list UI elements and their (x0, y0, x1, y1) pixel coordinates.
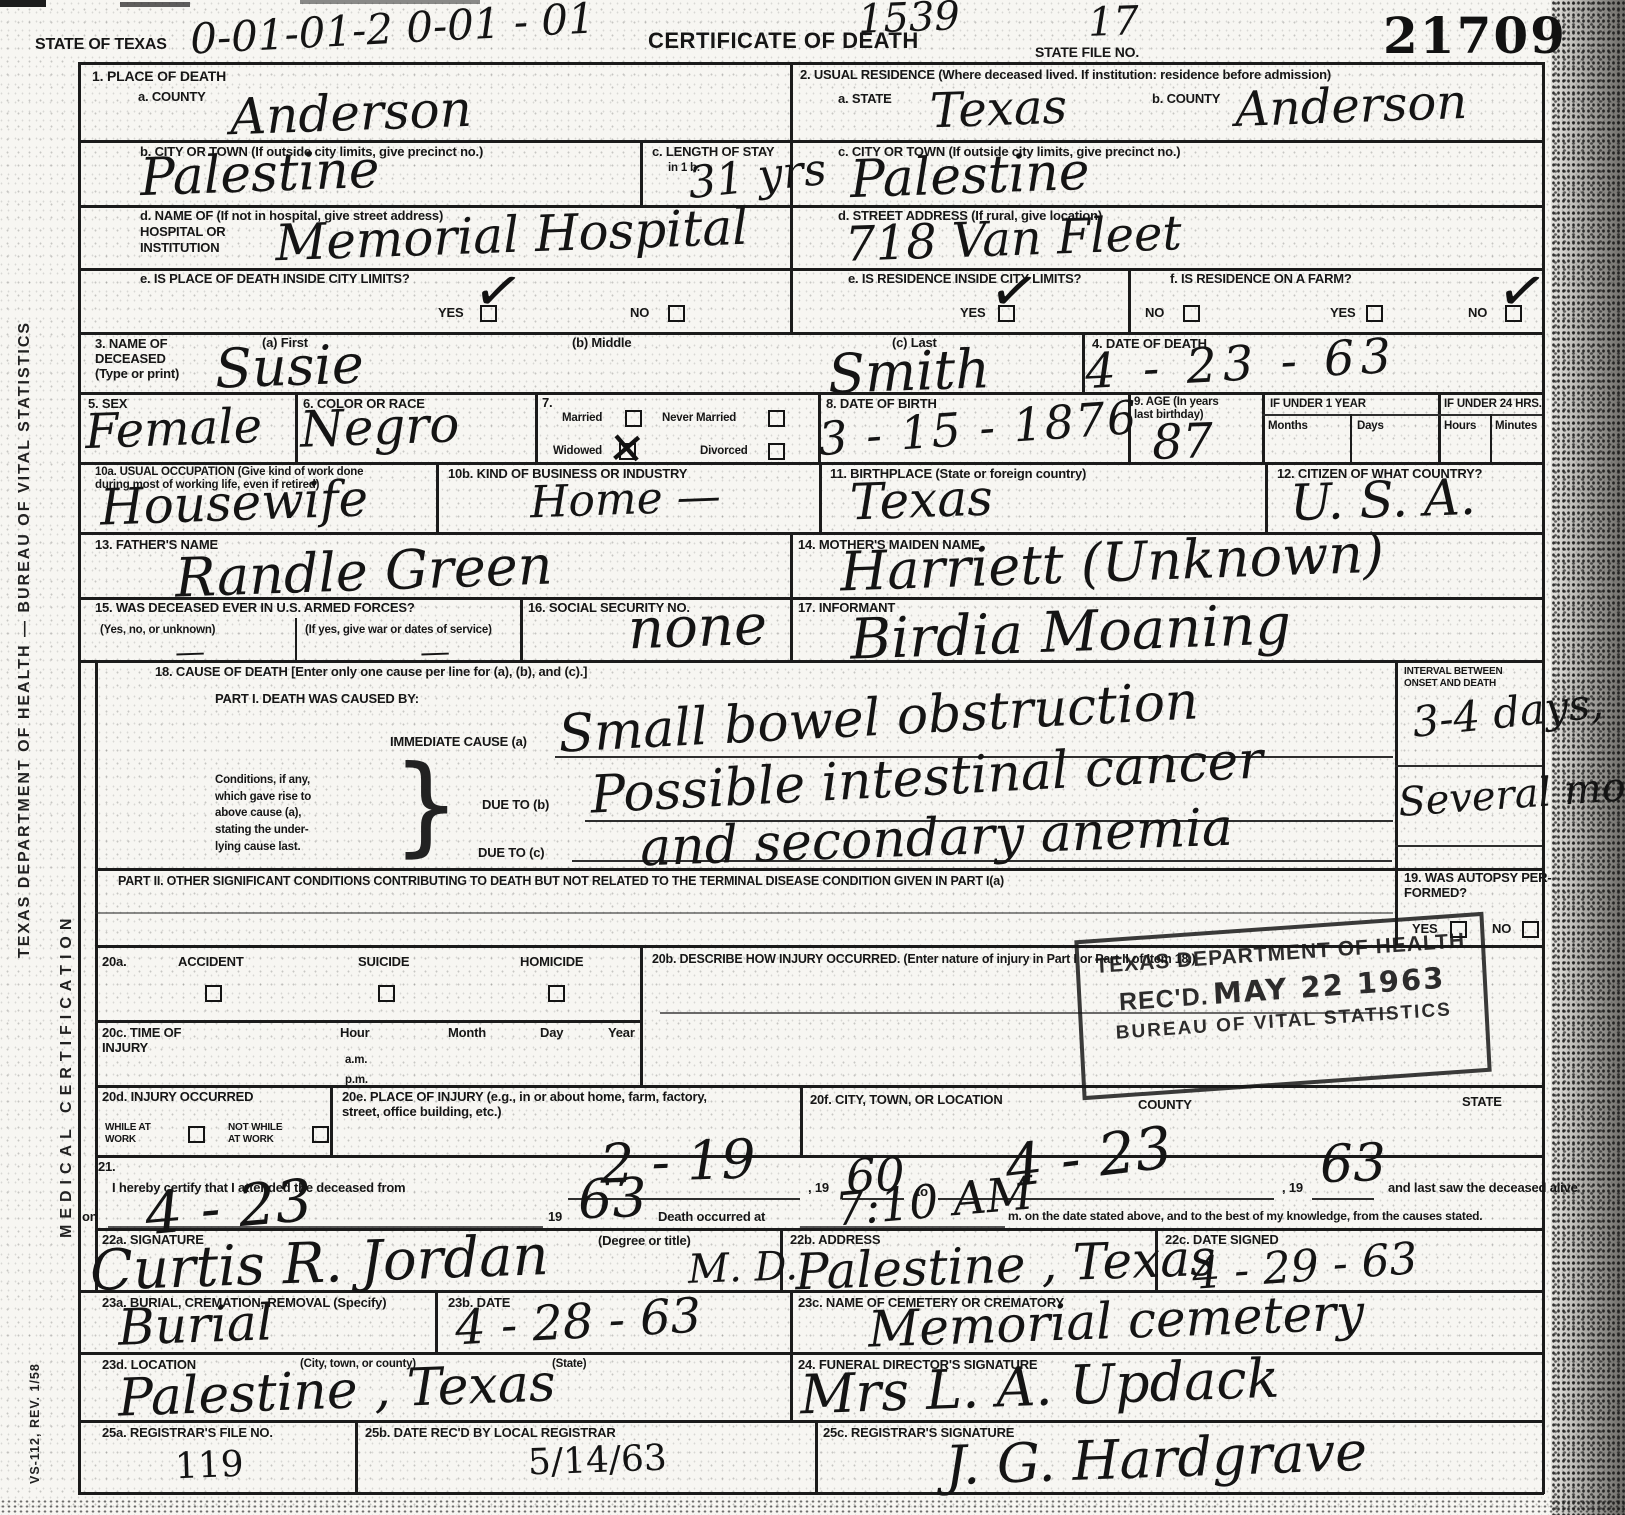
margin-medical-certification-text: MEDICAL CERTIFICATION (58, 913, 76, 1238)
grid-line (790, 1352, 793, 1420)
certify-text-2: and last saw the deceased alive (1388, 1181, 1578, 1196)
date-recd-value: 5/14/63 (527, 1441, 667, 1482)
age-value: 87 (1151, 417, 1214, 467)
cause-of-death-header: 18. CAUSE OF DEATH [Enter only one cause… (155, 665, 587, 680)
grid-line (1395, 765, 1542, 767)
injury-county-label: COUNTY (1138, 1098, 1192, 1113)
margin-agency-text: TEXAS DEPARTMENT OF HEALTH — BUREAU OF V… (16, 321, 34, 958)
grid-line (95, 660, 98, 1290)
residence-inside-limits-label: e. IS RESIDENCE INSIDE CITY LIMITS? (848, 272, 1081, 287)
months-label: Months (1268, 420, 1308, 433)
grid-line (790, 1290, 793, 1352)
funeral-director-signature: Mrs L. A. Updack (799, 1352, 1280, 1423)
place-county-value: Anderson (229, 84, 472, 142)
item-20a-label: 20a. (102, 955, 127, 970)
scan-edge-right (1551, 0, 1625, 1515)
interval-a-value: 3-4 days, (1410, 682, 1605, 744)
registrar-signature-value: J. G. Hardgrave (944, 1425, 1368, 1494)
grid-line (790, 597, 793, 660)
received-stamp: TEXAS DEPARTMENT OF HEALTH REC'D. MAY 22… (1074, 912, 1491, 1100)
grid-line (1265, 462, 1268, 532)
place-city-value: Palestine (139, 144, 380, 204)
marital-status-label: 7. (542, 396, 552, 411)
year-label: Year (608, 1026, 635, 1041)
residence-on-farm-label: f. IS RESIDENCE ON A FARM? (1170, 272, 1352, 287)
grid-line (815, 1420, 818, 1492)
grid-line (78, 1352, 1542, 1355)
if-under-24-hrs-label: IF UNDER 24 HRS. (1444, 398, 1542, 411)
race-value: Negro (299, 399, 460, 455)
mothers-maiden-name-value: Harriett (Unknown) (839, 527, 1385, 600)
scan-edge-bottom (0, 1499, 1625, 1515)
grid-line (78, 62, 81, 1494)
grid-line (330, 1085, 333, 1155)
grid-line (78, 1492, 1544, 1495)
check-mark: ✓ (985, 258, 1043, 324)
accident-label: ACCIDENT (178, 955, 244, 970)
grid-line (355, 1420, 358, 1492)
never-married-label: Never Married (662, 412, 736, 425)
no-label: NO (1492, 922, 1511, 937)
death-occurred-at-label: Death occurred at (658, 1210, 765, 1225)
no-label: NO (1468, 306, 1487, 321)
accident-checkbox (205, 985, 222, 1002)
grid-line (95, 1020, 640, 1023)
grid-line (535, 392, 538, 462)
certificate-number: 21709 (1383, 6, 1567, 65)
residence-county-label: b. COUNTY (1152, 92, 1220, 107)
autopsy-label: 19. WAS AUTOPSY PER- FORMED? (1404, 871, 1551, 901)
residence-city-value: Palestine (849, 146, 1090, 206)
name-of-deceased-label: 3. NAME OF DECEASED (Type or print) (95, 337, 179, 382)
place-limits-no-checkbox (668, 305, 685, 322)
handwritten-district-code: 0-01-01-2 0-01 - 01 (189, 0, 596, 61)
suicide-checkbox (378, 985, 395, 1002)
grid-line (78, 660, 1542, 663)
address-value: Palestine , Texas (794, 1233, 1216, 1298)
handwritten-1539: 1539 (857, 0, 960, 40)
grid-line (1395, 845, 1542, 847)
scan-scuff (0, 0, 46, 7)
injury-state-label: STATE (1462, 1095, 1502, 1110)
hour-label: Hour (340, 1026, 370, 1041)
no-label: NO (630, 306, 649, 321)
business-value: Home — (529, 475, 721, 526)
grid-line (1490, 414, 1492, 462)
am-label: a.m. (345, 1054, 367, 1067)
farm-yes-checkbox (1366, 305, 1383, 322)
burial-location-value: Palestine , Texas (117, 1357, 556, 1424)
if-under-1-year-label: IF UNDER 1 YEAR (1270, 398, 1366, 411)
grid-line (800, 1085, 803, 1155)
yes-label: YES (1330, 306, 1355, 321)
grid-line (1262, 392, 1265, 462)
no-label: NO (1145, 306, 1164, 321)
grid-line (95, 1085, 1542, 1088)
homicide-checkbox (548, 985, 565, 1002)
occupation-value: Housewife (99, 473, 369, 532)
birthplace-value: Texas (849, 473, 993, 528)
county-label: a. COUNTY (138, 90, 206, 105)
suicide-label: SUICIDE (358, 955, 409, 970)
not-while-at-work-label: NOT WHILE AT WORK (228, 1122, 282, 1145)
grid-line (78, 462, 1542, 465)
hospital-name-label-2: HOSPITAL OR (140, 225, 225, 240)
place-inside-limits-label: e. IS PLACE OF DEATH INSIDE CITY LIMITS? (140, 272, 410, 287)
registrar-file-no-label: 25a. REGISTRAR'S FILE NO. (102, 1426, 273, 1441)
physician-signature: Curtis R. Jordan (89, 1228, 549, 1300)
fathers-name-value: Randle Green (174, 538, 553, 605)
scan-scuff (120, 2, 190, 7)
hours-label: Hours (1444, 420, 1476, 433)
grid-line (520, 597, 523, 660)
place-of-injury-label: 20e. PLACE OF INJURY (e.g., in or about … (342, 1090, 707, 1120)
married-label: Married (562, 412, 602, 425)
yes-label: YES (438, 306, 463, 321)
armed-forces-note-2: (If yes, give war or dates of service) (305, 624, 492, 637)
divorced-label: Divorced (700, 445, 748, 458)
certify-19-c: 19 (548, 1210, 562, 1225)
grid-line (435, 1290, 438, 1352)
burial-type-value: Burial (117, 1297, 273, 1352)
grid-line (640, 140, 643, 205)
time-of-injury-label: 20c. TIME OF INJURY (102, 1026, 181, 1056)
last-name-value: Smith (827, 342, 991, 402)
grid-line (1395, 660, 1398, 945)
residence-state-label: a. STATE (838, 92, 892, 107)
due-to-c-label: DUE TO (c) (478, 846, 544, 861)
conditions-note: Conditions, if any, which gave rise to a… (215, 772, 311, 855)
grid-line (1438, 392, 1441, 462)
state-file-no-label: STATE FILE NO. (1035, 44, 1139, 60)
widowed-label: Widowed (553, 445, 602, 458)
residence-county-value: Anderson (1234, 78, 1468, 134)
state-of-texas-label: STATE OF TEXAS (35, 36, 167, 54)
informant-value: Birdia Moaning (849, 597, 1292, 668)
writing-line (1312, 1198, 1374, 1200)
armed-forces-label: 15. WAS DECEASED EVER IN U.S. ARMED FORC… (95, 601, 415, 616)
grid-line (1128, 268, 1131, 332)
brace-glyph: } (392, 752, 461, 860)
interval-b-value: Several months (1397, 761, 1625, 823)
margin-form-number: VS-112, REV. 1/58 (28, 1363, 42, 1484)
interval-header: INTERVAL BETWEEN ONSET AND DEATH (1404, 666, 1502, 689)
grid-line (640, 945, 643, 1085)
certify-19-a: , 19 (808, 1181, 829, 1196)
part1-label: PART I. DEATH WAS CAUSED BY: (215, 692, 419, 707)
grid-line (436, 462, 439, 532)
grid-line (1350, 414, 1352, 462)
never-married-checkbox (768, 410, 785, 427)
while-at-work-checkbox (188, 1126, 205, 1143)
certify-on-label: on (82, 1210, 97, 1225)
while-at-work-label: WHILE AT WORK (105, 1122, 151, 1145)
date-of-death-value: 4 - 23 - 63 (1084, 332, 1398, 396)
grid-line (819, 462, 822, 532)
item-21-label: 21. (98, 1160, 115, 1175)
cemetery-name-value: Memorial cemetery (867, 1287, 1365, 1354)
handwritten-17: 17 (1087, 1, 1139, 43)
yes-label: YES (960, 306, 985, 321)
grid-line (295, 618, 297, 660)
injury-occurred-label: 20d. INJURY OCCURRED (102, 1090, 253, 1105)
autopsy-no-checkbox (1522, 921, 1539, 938)
day-label: Day (540, 1026, 563, 1041)
grid-line (790, 532, 793, 597)
days-label: Days (1357, 420, 1384, 433)
grid-line (78, 62, 1544, 65)
citizen-value: U. S. A. (1289, 472, 1476, 528)
social-security-value: none (627, 598, 768, 659)
grid-line (295, 392, 298, 462)
writing-line (95, 912, 1393, 914)
homicide-label: HOMICIDE (520, 955, 583, 970)
month-label: Month (448, 1026, 486, 1041)
hospital-name-label-3: INSTITUTION (140, 241, 219, 256)
degree-or-title-label: (Degree or title) (598, 1234, 691, 1249)
check-mark: ✓ (1493, 258, 1551, 324)
attended-to-year: 63 (1319, 1137, 1387, 1191)
first-name-value: Susie (214, 337, 365, 396)
divorced-checkbox (768, 443, 785, 460)
date-recd-label: 25b. DATE REC'D BY LOCAL REGISTRAR (365, 1426, 616, 1441)
state-note: (State) (552, 1358, 586, 1371)
sex-value: Female (84, 402, 263, 456)
registrar-file-no-value: 119 (174, 1447, 244, 1485)
not-while-at-work-checkbox (312, 1126, 329, 1143)
injury-city-label: 20f. CITY, TOWN, OR LOCATION (810, 1093, 1003, 1108)
burial-date-value: 4 - 28 - 63 (454, 1292, 702, 1353)
residence-state-value: Texas (929, 83, 1068, 136)
death-certificate-scan: TEXAS DEPARTMENT OF HEALTH — BUREAU OF V… (0, 0, 1625, 1515)
due-to-b-label: DUE TO (b) (482, 798, 549, 813)
minutes-label: Minutes (1495, 420, 1537, 433)
stamp-recd-label: REC'D. (1118, 982, 1209, 1016)
middle-name-label: (b) Middle (572, 336, 631, 351)
certify-text-4: m. on the date stated above, and to the … (1008, 1210, 1482, 1224)
certify-19-b: , 19 (1282, 1181, 1303, 1196)
place-of-death-header: 1. PLACE OF DEATH (92, 68, 226, 84)
residence-limits-no-checkbox (1183, 305, 1200, 322)
last-seen-year: 63 (577, 1171, 648, 1227)
grid-line (1262, 414, 1542, 416)
part2-header: PART II. OTHER SIGNIFICANT CONDITIONS CO… (118, 874, 1004, 888)
check-mark: ✓ (469, 258, 527, 324)
degree-value: M. D. (687, 1246, 798, 1290)
pm-label: p.m. (345, 1074, 368, 1087)
length-of-stay-value: 31 yrs (686, 148, 828, 206)
